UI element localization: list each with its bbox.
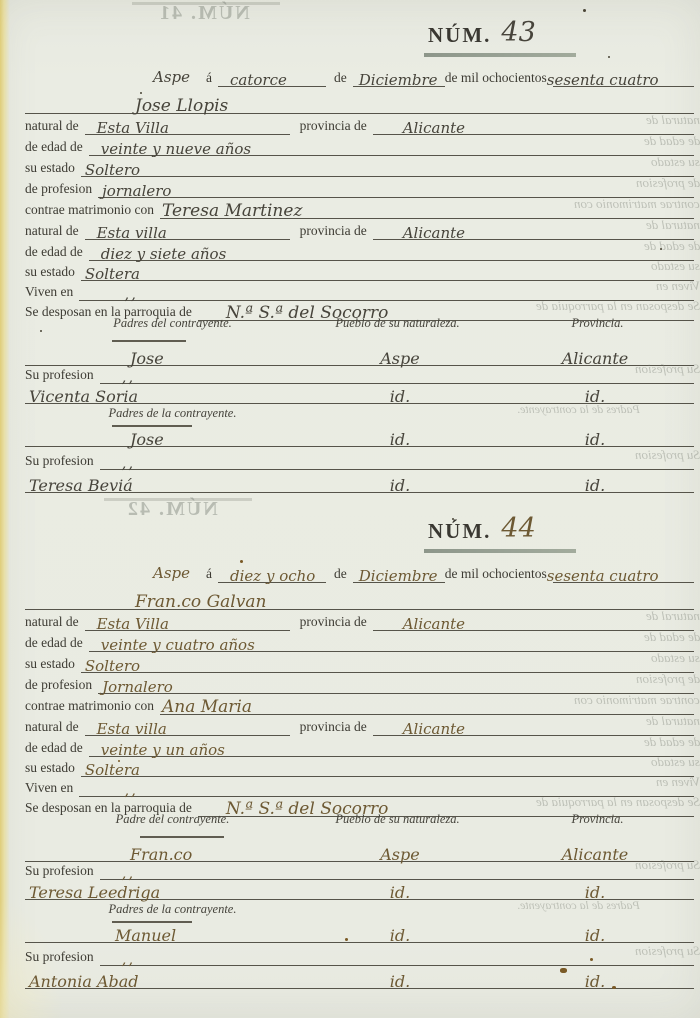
estado-blank: Soltero — [81, 158, 694, 177]
bleedthrough-text: natural de — [646, 217, 700, 233]
field-date-line: Aspe á diez y ocho de Diciembre de mil o… — [25, 564, 694, 583]
ink-speck — [660, 248, 662, 250]
groom-name-blank: Fran.co Galvan — [25, 591, 694, 610]
handwritten-estado: Soltero — [85, 657, 140, 675]
label-su-profesion: Su profesion — [25, 451, 100, 470]
handwritten-ditto: ,, — [124, 285, 138, 303]
day-blank: diez y ocho — [218, 564, 326, 583]
bleedthrough-text: Padres de la contrayente. — [517, 898, 640, 913]
header-short-rule — [112, 340, 186, 342]
edad-blank: veinte y un años — [89, 738, 694, 757]
label-su-profesion: Su profesion — [25, 947, 100, 966]
field-groom-estado: su estado Soltero — [25, 654, 694, 673]
label-provincia-de: provincia de — [290, 612, 373, 631]
handwritten-provincia: Alicante — [403, 615, 465, 633]
table-row-father-groom: Fran.co Aspe Alicante — [25, 841, 694, 862]
header-padre-contrayente: Padre del contrayente. — [75, 812, 270, 827]
handwritten-day: catorce — [230, 71, 287, 89]
label-provincia-de: provincia de — [290, 717, 373, 736]
label-provincia-de: provincia de — [290, 116, 373, 135]
label-contrae-matrimonio: contrae matrimonio con — [25, 696, 160, 715]
field-date-line: Aspe á catorce de Diciembre de mil ochoc… — [25, 68, 694, 87]
bleedthrough-text: Viven en — [656, 774, 700, 790]
handwritten-estado: Soltera — [85, 761, 140, 779]
field-groom-name: Jose Llopis — [25, 95, 694, 114]
label-mil-ochocientos: de mil ochocientos — [445, 564, 553, 583]
bleedthrough-text: Se desposan en la parroquia de — [536, 298, 700, 314]
cell-pueblo: id. — [320, 387, 480, 406]
label-de: de — [326, 564, 353, 583]
natural-blank: Esta villa — [85, 717, 290, 736]
profesion-blank: ,, — [100, 947, 694, 966]
handwritten-ditto: ,, — [122, 454, 136, 472]
handwritten-natural: Esta villa — [97, 224, 167, 242]
bleedthrough-text: Su profesion — [635, 361, 700, 377]
field-su-profesion: Su profesion ,, — [25, 365, 694, 384]
label-de-edad-de: de edad de — [25, 738, 89, 757]
entry-number-line: NÚM. 44 — [428, 516, 536, 552]
bleedthrough-text: su estado — [651, 754, 700, 770]
field-bride-edad: de edad de diez y siete años — [25, 242, 694, 261]
month-blank: Diciembre — [353, 68, 445, 87]
estado-blank: Soltero — [81, 654, 694, 673]
number-underline-rule — [424, 549, 576, 553]
handwritten-provincia: Alicante — [403, 720, 465, 738]
edad-blank: diez y siete años — [89, 242, 694, 261]
register-entry-44: NÚM. 42 NÚM. 44 Aspe á diez y ocho de Di… — [0, 498, 700, 992]
handwritten-estado: Soltero — [85, 161, 140, 179]
bleedthrough-text: Su profesion — [635, 943, 700, 959]
edad-blank: veinte y nueve años — [89, 137, 694, 156]
field-groom-natural: natural de Esta Villa provincia de Alica… — [25, 612, 694, 631]
field-groom-estado: su estado Soltero — [25, 158, 694, 177]
label-su-estado: su estado — [25, 758, 81, 777]
profesion-blank: ,, — [100, 861, 694, 880]
edad-blank: veinte y cuatro años — [89, 633, 694, 652]
field-bride-edad: de edad de veinte y un años — [25, 738, 694, 757]
label-mil-ochocientos: de mil ochocientos — [445, 68, 553, 87]
table-row-father-bride: Manuel id. id. — [25, 922, 694, 943]
header-padres-contrayente-f: Padres de la contrayente. — [75, 902, 270, 917]
label-viven-en: Viven en — [25, 282, 79, 301]
profesion-blank: ,, — [100, 451, 694, 470]
handwritten-provincia: Alicante — [403, 119, 465, 137]
table-column-headers: Padres del contrayente. Pueblo de su nat… — [0, 316, 700, 332]
ink-speck — [345, 938, 348, 941]
label-a: á — [190, 68, 218, 87]
header-short-rule — [140, 836, 224, 838]
handwritten-groom-name: Fran.co Galvan — [135, 592, 266, 612]
label-de-edad-de: de edad de — [25, 242, 89, 261]
cell-name: Jose — [130, 430, 164, 449]
header-pueblo-naturaleza: Pueblo de su naturaleza. — [300, 812, 495, 827]
num-label: NÚM. — [428, 516, 491, 546]
indent-spacer — [25, 564, 153, 583]
bleedthrough-text: su estado — [651, 650, 700, 666]
field-bride-natural: natural de Esta villa provincia de Alica… — [25, 221, 694, 240]
ink-speck — [560, 968, 567, 973]
estado-blank: Soltera — [81, 262, 694, 281]
handwritten-bride-name: Ana Maria — [162, 697, 252, 717]
cell-pueblo: id. — [320, 883, 480, 902]
bleedthrough-text: Su profesion — [635, 447, 700, 463]
header-padres-contrayente-f: Padres de la contrayente. — [75, 406, 270, 421]
ink-speck — [612, 986, 616, 989]
bleedthrough-text: Padres de la contrayente. — [517, 402, 640, 417]
bleedthrough-text: de edad de — [644, 133, 700, 149]
field-bride-natural: natural de Esta villa provincia de Alica… — [25, 717, 694, 736]
label-su-profesion: Su profesion — [25, 365, 100, 384]
cell-pueblo: id. — [320, 926, 480, 945]
field-groom-edad: de edad de veinte y cuatro años — [25, 633, 694, 652]
cell-name: Manuel — [115, 926, 176, 945]
handwritten-year: sesenta cuatro — [547, 567, 659, 585]
table-row-mother-bride: Teresa Beviá id. id. — [25, 472, 694, 493]
bleedthrough-text: Se desposan en la parroquia de — [536, 794, 700, 810]
bleedthrough-num-header: NÚM. 41 — [158, 2, 250, 25]
label-natural-de: natural de — [25, 717, 85, 736]
bleedthrough-text: Su profesion — [635, 857, 700, 873]
cell-name: Teresa Leedriga — [29, 883, 160, 902]
label-de-profesion: de profesion — [25, 675, 98, 694]
groom-name-blank: Jose Llopis — [25, 95, 694, 114]
handwritten-natural: Esta Villa — [97, 615, 169, 633]
handwritten-day: diez y ocho — [230, 567, 315, 585]
header-provincia: Provincia. — [530, 812, 665, 827]
handwritten-groom-name: Jose Llopis — [135, 96, 228, 116]
year-blank: sesenta cuatro — [553, 564, 694, 583]
handwritten-bride-name: Teresa Martinez — [162, 201, 302, 221]
field-su-profesion: Su profesion ,, — [25, 861, 694, 880]
handwritten-ditto: ,, — [122, 950, 136, 968]
table-row-mother-groom: Vicenta Soria id. id. — [25, 383, 694, 404]
field-groom-natural: natural de Esta Villa provincia de Alica… — [25, 116, 694, 135]
bleedthrough-num-header: NÚM. 42 — [126, 498, 218, 521]
label-su-estado: su estado — [25, 158, 81, 177]
bleedthrough-text: contrae matrimonio con — [574, 692, 700, 708]
bleedthrough-text: contrae matrimonio con — [574, 196, 700, 212]
handwritten-edad: veinte y un años — [101, 741, 225, 759]
handwritten-edad: veinte y nueve años — [101, 140, 251, 158]
handwritten-estado: Soltera — [85, 265, 140, 283]
cell-provincia: id. — [510, 972, 680, 991]
ink-speck — [140, 92, 142, 94]
header-pueblo-naturaleza: Pueblo de su naturaleza. — [300, 316, 495, 331]
handwritten-place: Aspe — [153, 68, 190, 87]
handwritten-profesion: Jornalero — [102, 678, 173, 696]
bleedthrough-text: Viven en — [656, 278, 700, 294]
cell-pueblo: id. — [320, 972, 480, 991]
estado-blank: Soltera — [81, 758, 694, 777]
bleedthrough-text: de edad de — [644, 734, 700, 750]
profesion-blank: ,, — [100, 365, 694, 384]
table-row-mother-bride: Antonia Abad id. id. — [25, 968, 694, 989]
bleedthrough-text: de profesion — [636, 671, 700, 687]
number-underline-rule — [424, 53, 576, 57]
field-bride-estado: su estado Soltera — [25, 262, 694, 281]
field-bride-estado: su estado Soltera — [25, 758, 694, 777]
cell-name: Vicenta Soria — [29, 387, 138, 406]
ink-speck — [452, 518, 454, 520]
label-natural-de: natural de — [25, 612, 85, 631]
table-column-headers: Padre del contrayente. Pueblo de su natu… — [0, 812, 700, 828]
handwritten-month: Diciembre — [359, 567, 438, 585]
label-contrae-matrimonio: contrae matrimonio con — [25, 200, 160, 219]
handwritten-ditto: ,, — [124, 781, 138, 799]
cell-provincia: id. — [510, 476, 680, 495]
handwritten-place: Aspe — [153, 564, 190, 583]
bleedthrough-text: de edad de — [644, 238, 700, 254]
handwritten-provincia: Alicante — [403, 224, 465, 242]
ink-speck — [590, 958, 593, 961]
field-groom-name: Fran.co Galvan — [25, 591, 694, 610]
label-su-profesion: Su profesion — [25, 861, 100, 880]
handwritten-entry-number: 44 — [501, 514, 535, 544]
header-padres-contrayente: Padres del contrayente. — [75, 316, 270, 331]
label-su-estado: su estado — [25, 654, 81, 673]
year-blank: sesenta cuatro — [553, 68, 694, 87]
bleedthrough-text: su estado — [651, 258, 700, 274]
cell-pueblo: id. — [320, 476, 480, 495]
label-de-profesion: de profesion — [25, 179, 98, 198]
month-blank: Diciembre — [353, 564, 445, 583]
label-de-edad-de: de edad de — [25, 137, 89, 156]
ink-speck — [608, 56, 610, 58]
ink-speck — [583, 9, 586, 12]
handwritten-natural: Esta Villa — [97, 119, 169, 137]
bleedthrough-text: de edad de — [644, 629, 700, 645]
bleedthrough-text: natural de — [646, 608, 700, 624]
bleedthrough-rule — [132, 2, 280, 5]
day-blank: catorce — [218, 68, 326, 87]
field-su-profesion: Su profesion ,, — [25, 947, 694, 966]
cell-name: Teresa Beviá — [29, 476, 133, 495]
label-natural-de: natural de — [25, 221, 85, 240]
indent-spacer — [25, 68, 153, 87]
natural-blank: Esta villa — [85, 221, 290, 240]
cell-name: Antonia Abad — [29, 972, 139, 991]
handwritten-profesion: jornalero — [102, 182, 171, 200]
label-de: de — [326, 68, 353, 87]
handwritten-entry-number: 43 — [501, 18, 535, 48]
handwritten-natural: Esta villa — [97, 720, 167, 738]
natural-blank: Esta Villa — [85, 612, 290, 631]
bleedthrough-text: natural de — [646, 713, 700, 729]
bleedthrough-text: natural de — [646, 112, 700, 128]
handwritten-edad: diez y siete años — [101, 245, 227, 263]
field-groom-edad: de edad de veinte y nueve años — [25, 137, 694, 156]
scanned-marriage-register-page: NÚM. 41 NÚM. 43 Aspe á catorce de Diciem… — [0, 0, 700, 1018]
bleedthrough-text: de profesion — [636, 175, 700, 191]
label-de-edad-de: de edad de — [25, 633, 89, 652]
label-viven-en: Viven en — [25, 778, 79, 797]
handwritten-edad: veinte y cuatro años — [101, 636, 255, 654]
header-provincia: Provincia. — [530, 316, 665, 331]
register-entry-43: NÚM. 41 NÚM. 43 Aspe á catorce de Diciem… — [0, 2, 700, 496]
entry-number-line: NÚM. 43 — [428, 20, 536, 56]
num-label: NÚM. — [428, 20, 491, 50]
cell-pueblo: id. — [320, 430, 480, 449]
label-natural-de: natural de — [25, 116, 85, 135]
handwritten-year: sesenta cuatro — [547, 71, 659, 89]
bleedthrough-rule — [104, 498, 252, 501]
label-provincia-de: provincia de — [290, 221, 373, 240]
natural-blank: Esta Villa — [85, 116, 290, 135]
field-su-profesion: Su profesion ,, — [25, 451, 694, 470]
table-row-father-groom: Jose Aspe Alicante — [25, 345, 694, 366]
handwritten-month: Diciembre — [359, 71, 438, 89]
bleedthrough-text: su estado — [651, 154, 700, 170]
ink-speck — [118, 760, 120, 762]
table-row-father-bride: Jose id. id. — [25, 426, 694, 447]
label-a: á — [190, 564, 218, 583]
ink-speck — [240, 560, 243, 563]
ink-speck — [40, 330, 42, 332]
table-row-mother-groom: Teresa Leedriga id. id. — [25, 879, 694, 900]
label-su-estado: su estado — [25, 262, 81, 281]
